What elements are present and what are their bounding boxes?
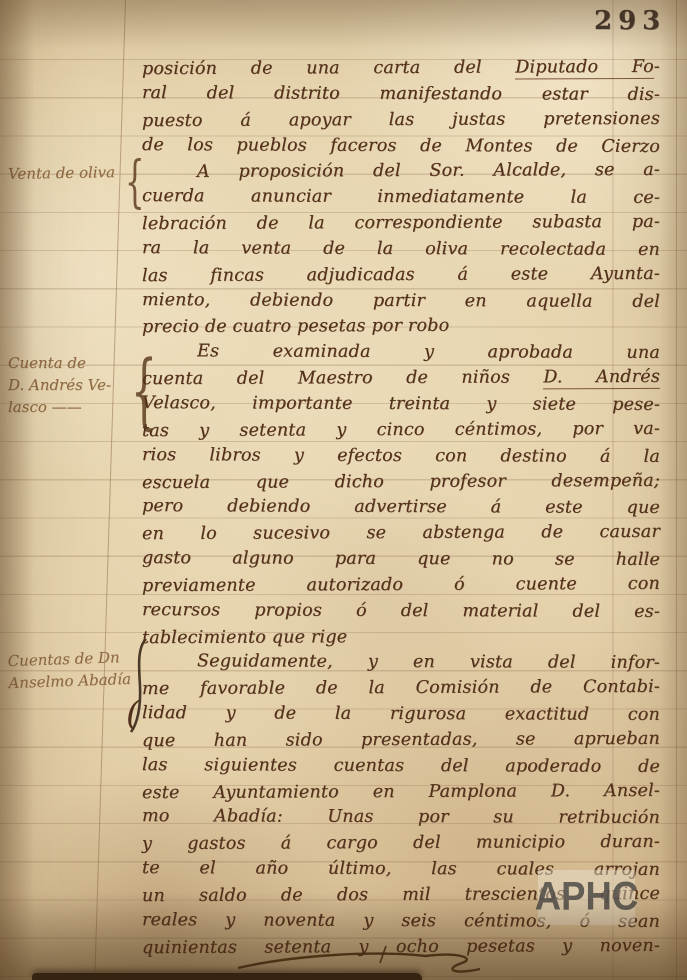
text-line: gasto alguno para que no se halle — [142, 546, 660, 574]
text-line: me favorable de la Comisión de Contabi- — [142, 675, 660, 703]
text-line: en lo sucesivo se abstenga de causar — [142, 520, 660, 548]
text-line: este Ayuntamiento en Pamplona D. Ansel- — [142, 778, 660, 806]
text-line: lebración de la correspondiente subasta … — [142, 210, 660, 238]
text-line: tas y setenta y cinco céntimos, por va- — [142, 417, 660, 445]
margin-note-cuenta-andres-velasco: Cuenta de D. Andrés Ve- lasco —— — [8, 352, 111, 418]
line-segment: posición de una carta del — [142, 58, 515, 80]
text-line: previamente autorizado ó cuente con — [142, 572, 660, 600]
margin-note-line: D. Andrés Ve- — [8, 374, 111, 396]
text-line: de los pueblos faceros de Montes de Cier… — [142, 133, 660, 161]
text-line: A proposición del Sor. Alcalde, se a- — [142, 158, 660, 186]
continuation-paren-icon: ( — [126, 694, 139, 734]
text-line: recursos propios ó del material del es- — [142, 598, 660, 626]
line-segment: cuenta del Maestro de niños — [142, 368, 543, 390]
text-line: Es examinada y aprobada una — [142, 339, 660, 367]
text-line: ral del distrito manifestando estar dis- — [142, 81, 660, 109]
page-bottom-edge — [32, 973, 422, 980]
text-line: que han sido presentadas, se aprueban — [142, 727, 660, 755]
right-margin-rule — [676, 0, 677, 980]
underlined-segment: Diputado Fo — [515, 57, 654, 80]
underlined-segment: D. Andrés — [543, 367, 660, 390]
margin-note-cuentas-anselmo-abadia: Cuentas de Dn Anselmo Abadía — [7, 646, 131, 694]
margin-note-venta-de-oliva: Venta de oliva — [8, 161, 115, 185]
text-line: ra la venta de la oliva recolectada en — [142, 236, 660, 264]
text-line: tablecimiento que rige — [142, 623, 660, 651]
line-segment: - — [654, 57, 660, 77]
text-line: lidad y de la rigurosa exactitud con — [142, 701, 660, 729]
manuscript-body: posición de una carta del Diputado Fo- r… — [142, 56, 660, 961]
page-number: 293 — [594, 6, 684, 36]
manuscript-page: 293 Venta de oliva { Cuenta de D. Andrés… — [0, 0, 687, 980]
text-line: posición de una carta del Diputado Fo- — [142, 55, 660, 83]
text-line: cuenta del Maestro de niños D. Andrés — [142, 365, 660, 393]
text-line: miento, debiendo partir en aquella del — [142, 288, 660, 316]
text-line: rios libros y efectos con destino á la — [142, 443, 660, 471]
margin-note-line: lasco —— — [8, 396, 111, 418]
aphc-watermark: APHC — [538, 870, 635, 925]
margin-note-line: Cuenta de — [8, 352, 111, 374]
text-line: precio de cuatro pesetas por robo — [142, 313, 660, 341]
text-line: puesto á apoyar las justas pretensiones — [142, 107, 660, 135]
text-line: Velasco, importante treinta y siete pese… — [142, 391, 660, 419]
text-line: pero debiendo advertirse á este que — [142, 494, 660, 522]
text-line: Seguidamente, y en vista del infor- — [142, 650, 660, 678]
text-line: escuela que dicho profesor desempeña; — [142, 468, 660, 496]
text-line: cuerda anunciar inmediatamente la ce- — [142, 184, 660, 212]
margin-note-line: Anselmo Abadía — [8, 668, 131, 694]
text-line: y gastos á cargo del municipio duran- — [142, 830, 660, 858]
text-line: las siguientes cuentas del apoderado de — [142, 753, 660, 781]
margin-note-line: Venta de oliva — [8, 161, 115, 185]
text-line: las fincas adjudicadas á este Ayunta- — [142, 262, 660, 290]
text-line: mo Abadía: Unas por su retribución — [142, 805, 660, 833]
